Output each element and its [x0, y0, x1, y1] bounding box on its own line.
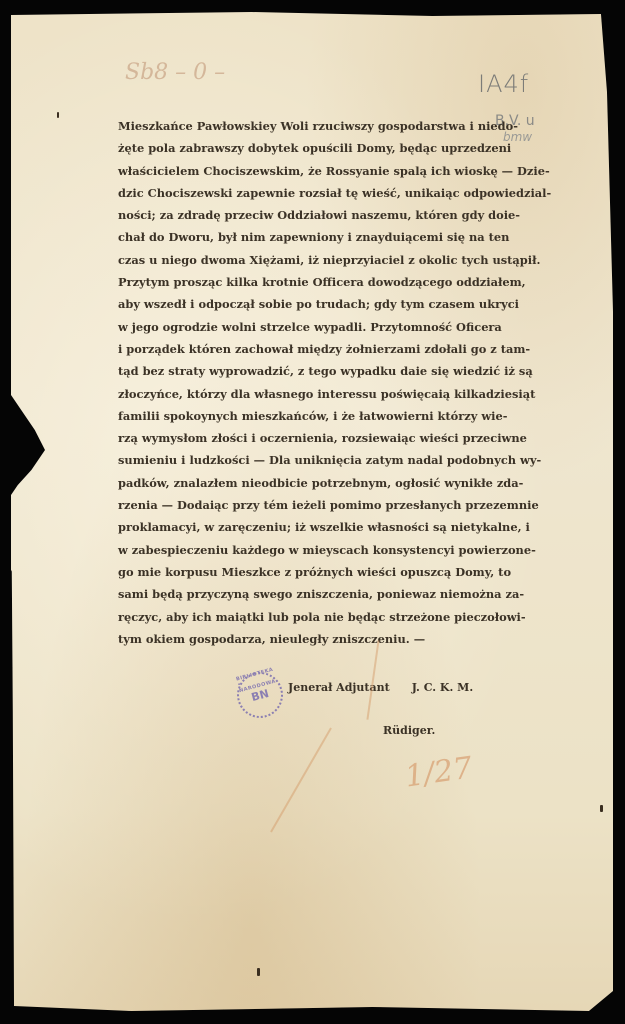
- body-line: proklamacyi, w zaręczeniu; iż wszelkie w…: [118, 516, 488, 538]
- paper-speck: [57, 112, 59, 118]
- signature-title: Jenerał Adjutant: [288, 681, 390, 694]
- body-line: sami będą przyczyną swego zniszczenia, p…: [118, 583, 488, 605]
- body-line: go mie korpusu Mieszkce z próżnych wieśc…: [118, 561, 488, 583]
- body-line: aby wszedł i odpoczął sobie po trudach; …: [118, 293, 488, 315]
- body-line: i porządek któren zachował między żołnie…: [118, 338, 488, 360]
- body-line: właścicielem Chociszewskim, że Rossyanie…: [118, 160, 488, 182]
- body-line: żęte pola zabrawszy dobytek opuścili Dom…: [118, 137, 488, 159]
- body-line: ności; za zdradę przeciw Oddziałowi nasz…: [118, 204, 488, 226]
- signature-title-line: Jenerał AdjutantJ. C. K. M.: [288, 681, 473, 694]
- body-line: Przytym prosząc kilka krotnie Officera d…: [118, 271, 488, 293]
- body-line: sumieniu i ludzkości — Dla uniknięcia za…: [118, 449, 488, 471]
- body-line: chał do Dworu, był nim zapewniony i znay…: [118, 226, 488, 248]
- proclamation-body: Mieszkańce Pawłowskiey Woli rzuciwszy go…: [118, 115, 488, 650]
- body-line: tąd bez straty wyprowadzić, z tego wypad…: [118, 360, 488, 382]
- body-line: w jego ogrodzie wolni strzelce wypadli. …: [118, 316, 488, 338]
- body-line: rzą wymysłom złości i oczernienia, rozsi…: [118, 427, 488, 449]
- paper-speck: [257, 968, 260, 976]
- body-line: ręczyc, aby ich maiątki lub pola nie będ…: [118, 606, 488, 628]
- paper-speck: [600, 805, 603, 812]
- ink-annotation-top: Sb8 – 0 –: [125, 60, 225, 85]
- body-line: czas u niego dwoma Xiężami, iż nieprzyia…: [118, 249, 488, 271]
- body-line: tym okiem gospodarza, nieuległy zniszcze…: [118, 628, 488, 650]
- body-line: rzenia — Dodaiąc przy tém ieżeli pomimo …: [118, 494, 488, 516]
- body-line: złoczyńce, którzy dla własnego interessu…: [118, 383, 488, 405]
- body-line: w zabespieczeniu każdego w mieyscach kon…: [118, 539, 488, 561]
- pencil-shelfmark: IA4f: [478, 70, 529, 98]
- body-line: familii spokoynych mieszkańców, i że łat…: [118, 405, 488, 427]
- signature-name: Rüdiger.: [383, 724, 435, 737]
- signature-abbrev: J. C. K. M.: [412, 681, 473, 694]
- body-line: dzic Chociszewski zapewnie rozsiał tę wi…: [118, 182, 488, 204]
- body-line: Mieszkańce Pawłowskiey Woli rzuciwszy go…: [118, 115, 488, 137]
- body-line: padków, znalazłem nieodbicie potrzebnym,…: [118, 472, 488, 494]
